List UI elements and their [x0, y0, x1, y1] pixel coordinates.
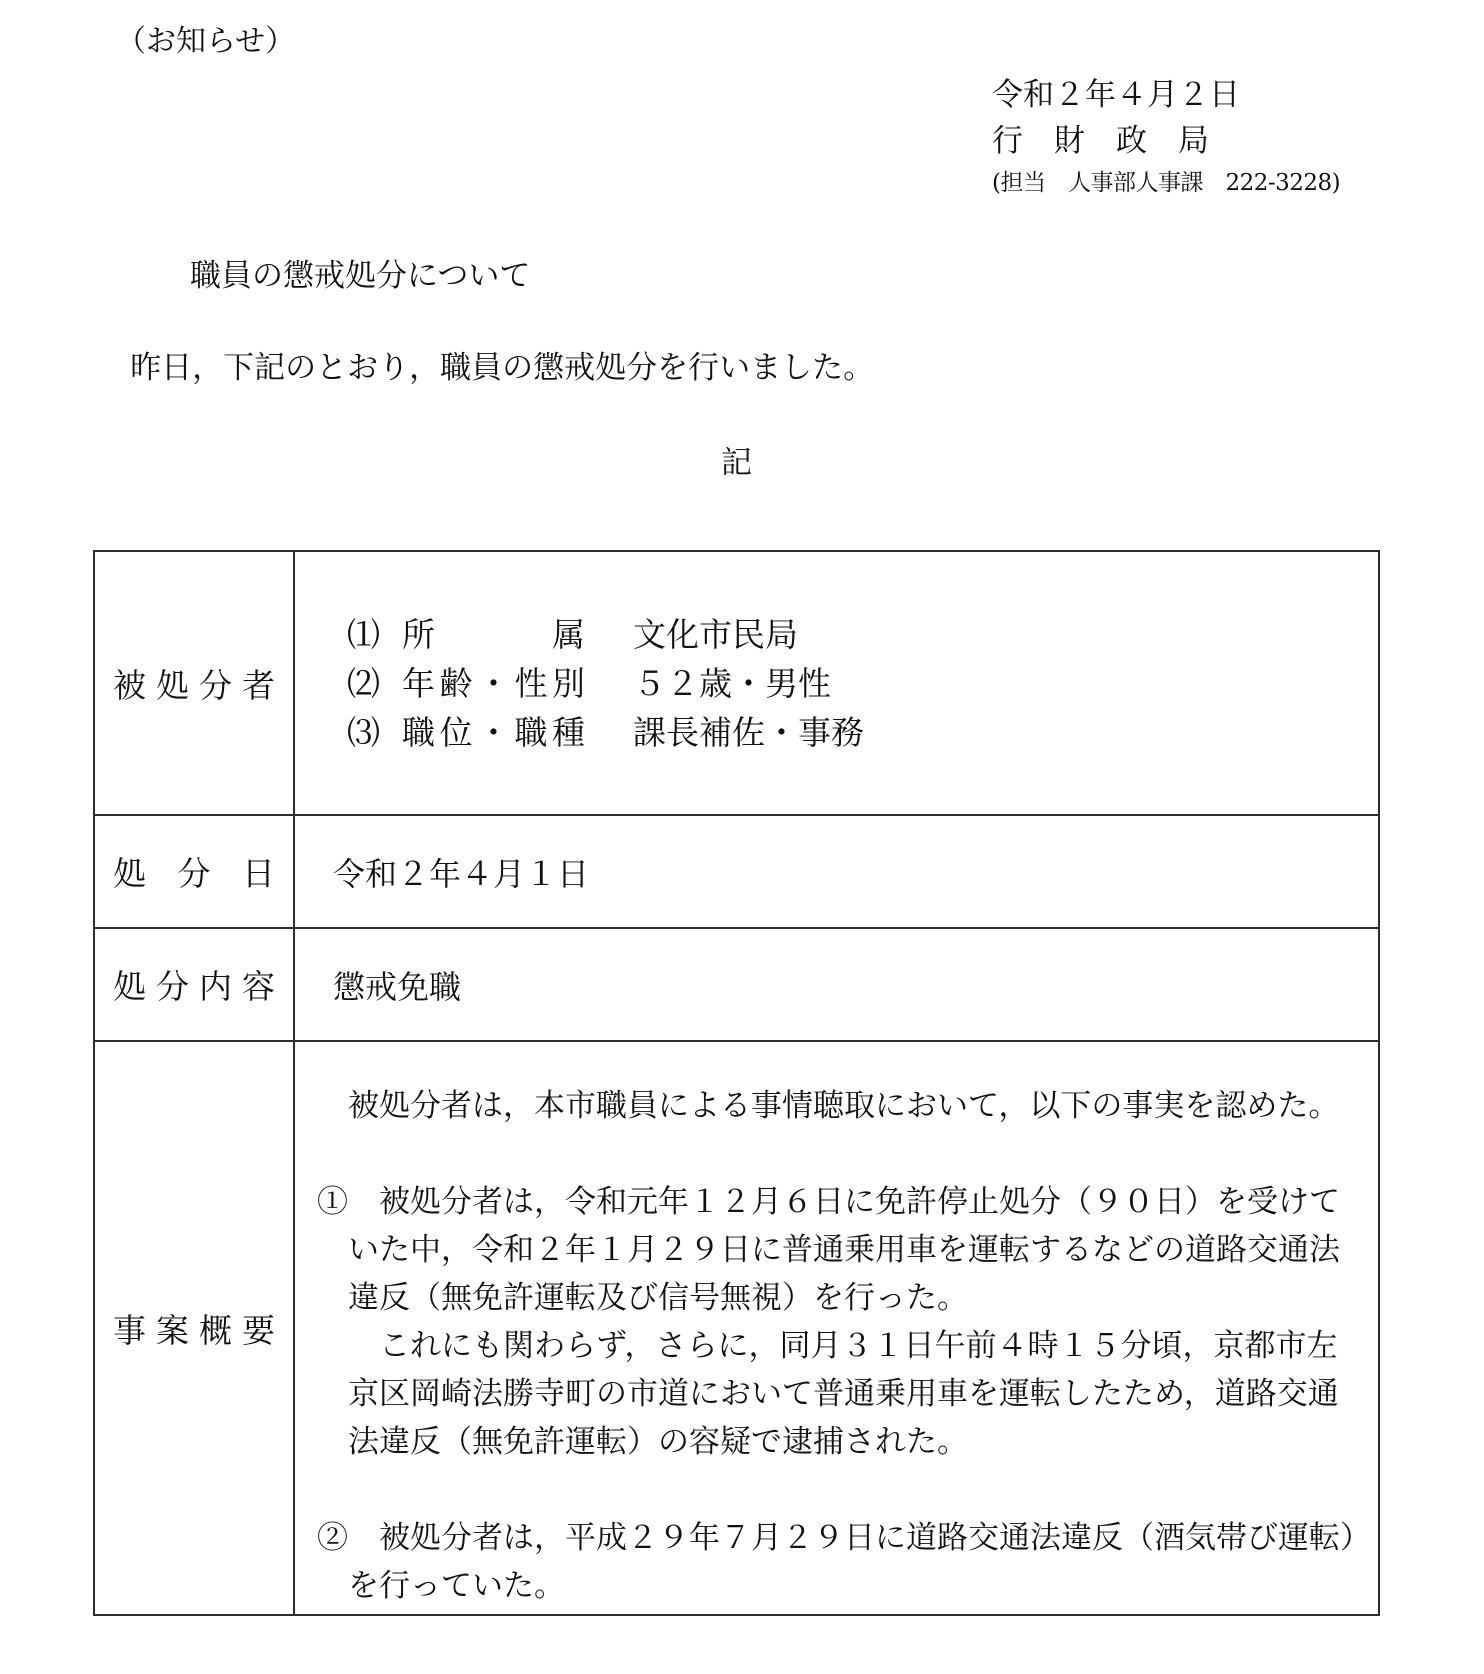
item-field: 職位・職種: [402, 708, 585, 757]
row-subject: 被処分者 ⑴所属文化市民局 ⑵年齢・性別５２歳・男性 ⑶職位・職種課長補佐・事務: [95, 552, 1378, 814]
case-summary-line: これにも関わらず，さらに，同月３１日午前４時１５分頃，京都市左: [317, 1322, 1378, 1370]
intro-text: 昨日，下記のとおり，職員の懲戒処分を行いました。: [93, 346, 1484, 391]
record-marker: 記: [93, 441, 1380, 486]
disposition-content-label: 処分内容: [95, 961, 293, 1008]
item-number: ⑵: [347, 659, 402, 708]
disposition-content-value: 懲戒免職: [295, 929, 1378, 1040]
document-title: 職員の懲戒処分について: [190, 254, 1484, 299]
case-summary-line: ② 被処分者は，平成２９年７月２９日に道路交通法違反（酒気帯び運転）: [317, 1514, 1378, 1562]
case-summary-line: いた中，令和２年１月２９日に普通乗用車を運転するなどの道路交通法: [317, 1226, 1378, 1274]
item-number: ⑴: [347, 610, 402, 659]
disposition-date-label: 処分日: [95, 848, 293, 895]
issuing-department: 行 財 政 局: [992, 118, 1412, 164]
subject-item: ⑵年齢・性別５２歳・男性: [347, 659, 1378, 708]
case-summary-line: を行っていた。: [317, 1562, 1378, 1610]
disposition-table: 被処分者 ⑴所属文化市民局 ⑵年齢・性別５２歳・男性 ⑶職位・職種課長補佐・事務…: [93, 550, 1380, 1616]
subject-label: 被処分者: [95, 660, 293, 707]
item-value: 課長補佐・事務: [633, 708, 864, 757]
disposition-date-label-cell: 処分日: [95, 816, 295, 927]
case-summary-line: 違反（無免許運転及び信号無視）を行った。: [317, 1274, 1378, 1322]
item-number: ⑶: [347, 708, 402, 757]
row-disposition-content: 処分内容 懲戒免職: [95, 927, 1378, 1040]
item-value: 文化市民局: [633, 610, 798, 659]
item-field: 年齢・性別: [402, 659, 585, 708]
issue-date: 令和２年４月２日: [992, 72, 1412, 118]
case-summary-line: 被処分者は，本市職員による事情聴取において，以下の事実を認めた。: [317, 1082, 1378, 1130]
notice-label: （お知らせ）: [116, 20, 1484, 64]
document-page: （お知らせ） 令和２年４月２日 行 財 政 局 (担当 人事部人事課 222-3…: [0, 0, 1484, 1674]
item-field: 所属: [402, 610, 585, 659]
case-summary-label: 事案概要: [95, 1305, 293, 1352]
case-summary-content-cell: 被処分者は，本市職員による事情聴取において，以下の事実を認めた。 ① 被処分者は…: [295, 1042, 1378, 1614]
document-header: 令和２年４月２日 行 財 政 局 (担当 人事部人事課 222-3228): [992, 72, 1412, 202]
case-summary-line: ① 被処分者は，令和元年１２月６日に免許停止処分（９０日）を受けて: [317, 1178, 1378, 1226]
row-case-summary: 事案概要 被処分者は，本市職員による事情聴取において，以下の事実を認めた。 ① …: [95, 1040, 1378, 1614]
contact-info: (担当 人事部人事課 222-3228): [992, 164, 1412, 202]
case-summary-line: 法違反（無免許運転）の容疑で逮捕された。: [317, 1418, 1378, 1466]
item-value: ５２歳・男性: [633, 659, 831, 708]
disposition-date-value: 令和２年４月１日: [295, 816, 1378, 927]
disposition-content-label-cell: 処分内容: [95, 929, 295, 1040]
case-summary-line: 京区岡崎法勝寺町の市道において普通乗用車を運転したため，道路交通: [317, 1370, 1378, 1418]
case-summary-label-cell: 事案概要: [95, 1042, 295, 1614]
subject-content-cell: ⑴所属文化市民局 ⑵年齢・性別５２歳・男性 ⑶職位・職種課長補佐・事務: [295, 552, 1378, 814]
row-disposition-date: 処分日 令和２年４月１日: [95, 814, 1378, 927]
subject-item: ⑴所属文化市民局: [347, 610, 1378, 659]
subject-item: ⑶職位・職種課長補佐・事務: [347, 708, 1378, 757]
subject-label-cell: 被処分者: [95, 552, 295, 814]
